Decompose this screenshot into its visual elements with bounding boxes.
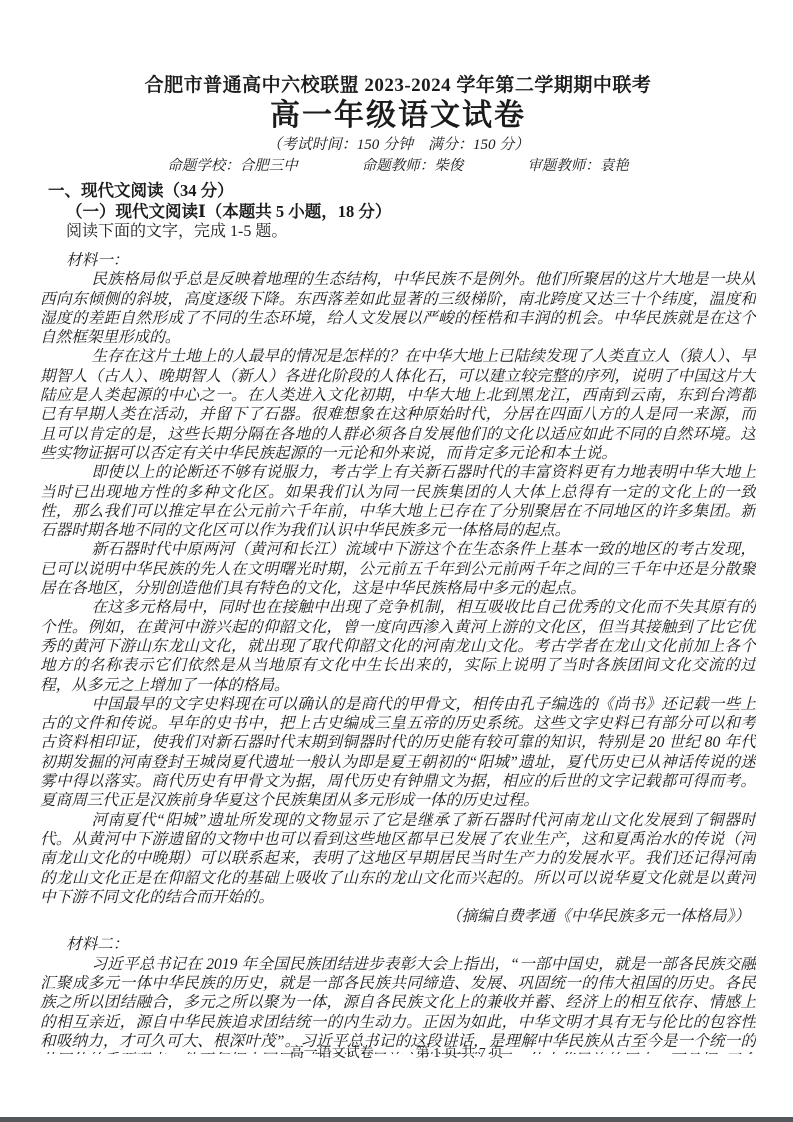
scan-bottom-edge-bar (0, 1117, 793, 1122)
page-title: 高一年级语文试卷 (40, 98, 756, 134)
material-one: 材料一： 民族格局似乎总是反映着地理的生态结构，中华民族不是例外。他们所聚居的这… (40, 251, 756, 926)
material-one-paragraph: 民族格局似乎总是反映着地理的生态结构，中华民族不是例外。他们所聚居的这片大地是一… (40, 270, 756, 347)
page-footer: 高一语文试卷 第 1 页 共 7 页 (0, 1045, 793, 1062)
footer-page-info: 第 1 页 共 7 页 (416, 1045, 504, 1062)
page-content: 合肥市普通高中六校联盟 2023-2024 学年第二学期期中联考 高一年级语文试… (40, 74, 756, 1054)
subsection-heading-reading-1: （一）现代文阅读Ⅰ（本题共 5 小题，18 分） (66, 201, 756, 222)
exam-staff-line: 命题学校：合肥三中 命题教师：柴俊 审题教师：袁艳 (40, 157, 756, 175)
section-heading-modern-reading: 一、现代文阅读（34 分） (48, 180, 756, 201)
material-one-paragraph: 即使以上的论断还不够有说服力，考古学上有关新石器时代的丰富资料更有力地表明中华大… (40, 463, 756, 540)
material-one-paragraph: 新石器时代中原两河（黄河和长江）流域中下游这个在生态条件上基本一致的地区的考古发… (40, 540, 756, 598)
material-one-label: 材料一： (66, 251, 756, 270)
proposing-school: 命题学校：合肥三中 (167, 157, 298, 175)
reading-instruction: 阅读下面的文字，完成 1-5 题。 (66, 222, 756, 242)
material-one-paragraph: 河南夏代“阳城”遗址所发现的文物显示了它是继承了新石器时代河南龙山文化发展到了铜… (40, 811, 756, 907)
exam-paper-page: 合肥市普通高中六校联盟 2023-2024 学年第二学期期中联考 高一年级语文试… (0, 0, 793, 1122)
material-two-paragraph: 习近平总书记在 2019 年全国民族团结进步表彰大会上指出，“一部中国史，就是一… (40, 955, 756, 1054)
material-two: 材料二： 习近平总书记在 2019 年全国民族团结进步表彰大会上指出，“一部中国… (40, 935, 756, 1054)
material-one-paragraph: 在这多元格局中，同时也在接触中出现了竞争机制，相互吸收比自己优秀的文化而不失其原… (40, 598, 756, 694)
reviewing-teacher: 审题教师：袁艳 (527, 157, 629, 175)
exam-league-line: 合肥市普通高中六校联盟 2023-2024 学年第二学期期中联考 (40, 74, 756, 97)
material-one-paragraph: 中国最早的文字史料现在可以确认的是商代的甲骨文，相传由孔子编选的《尚书》还记载一… (40, 695, 756, 811)
exam-time-score-info: （考试时间：150 分钟 满分：150 分） (40, 136, 756, 155)
material-one-attribution: （摘编自费孝通《中华民族多元一体格局》） (40, 907, 756, 926)
footer-doc-title: 高一语文试卷 (290, 1045, 374, 1062)
proposing-teacher: 命题教师：柴俊 (362, 157, 464, 175)
material-two-label: 材料二： (66, 935, 756, 954)
material-one-paragraph: 生存在这片土地上的人最早的情况是怎样的？在中华大地上已陆续发现了人类直立人（猿人… (40, 347, 756, 463)
